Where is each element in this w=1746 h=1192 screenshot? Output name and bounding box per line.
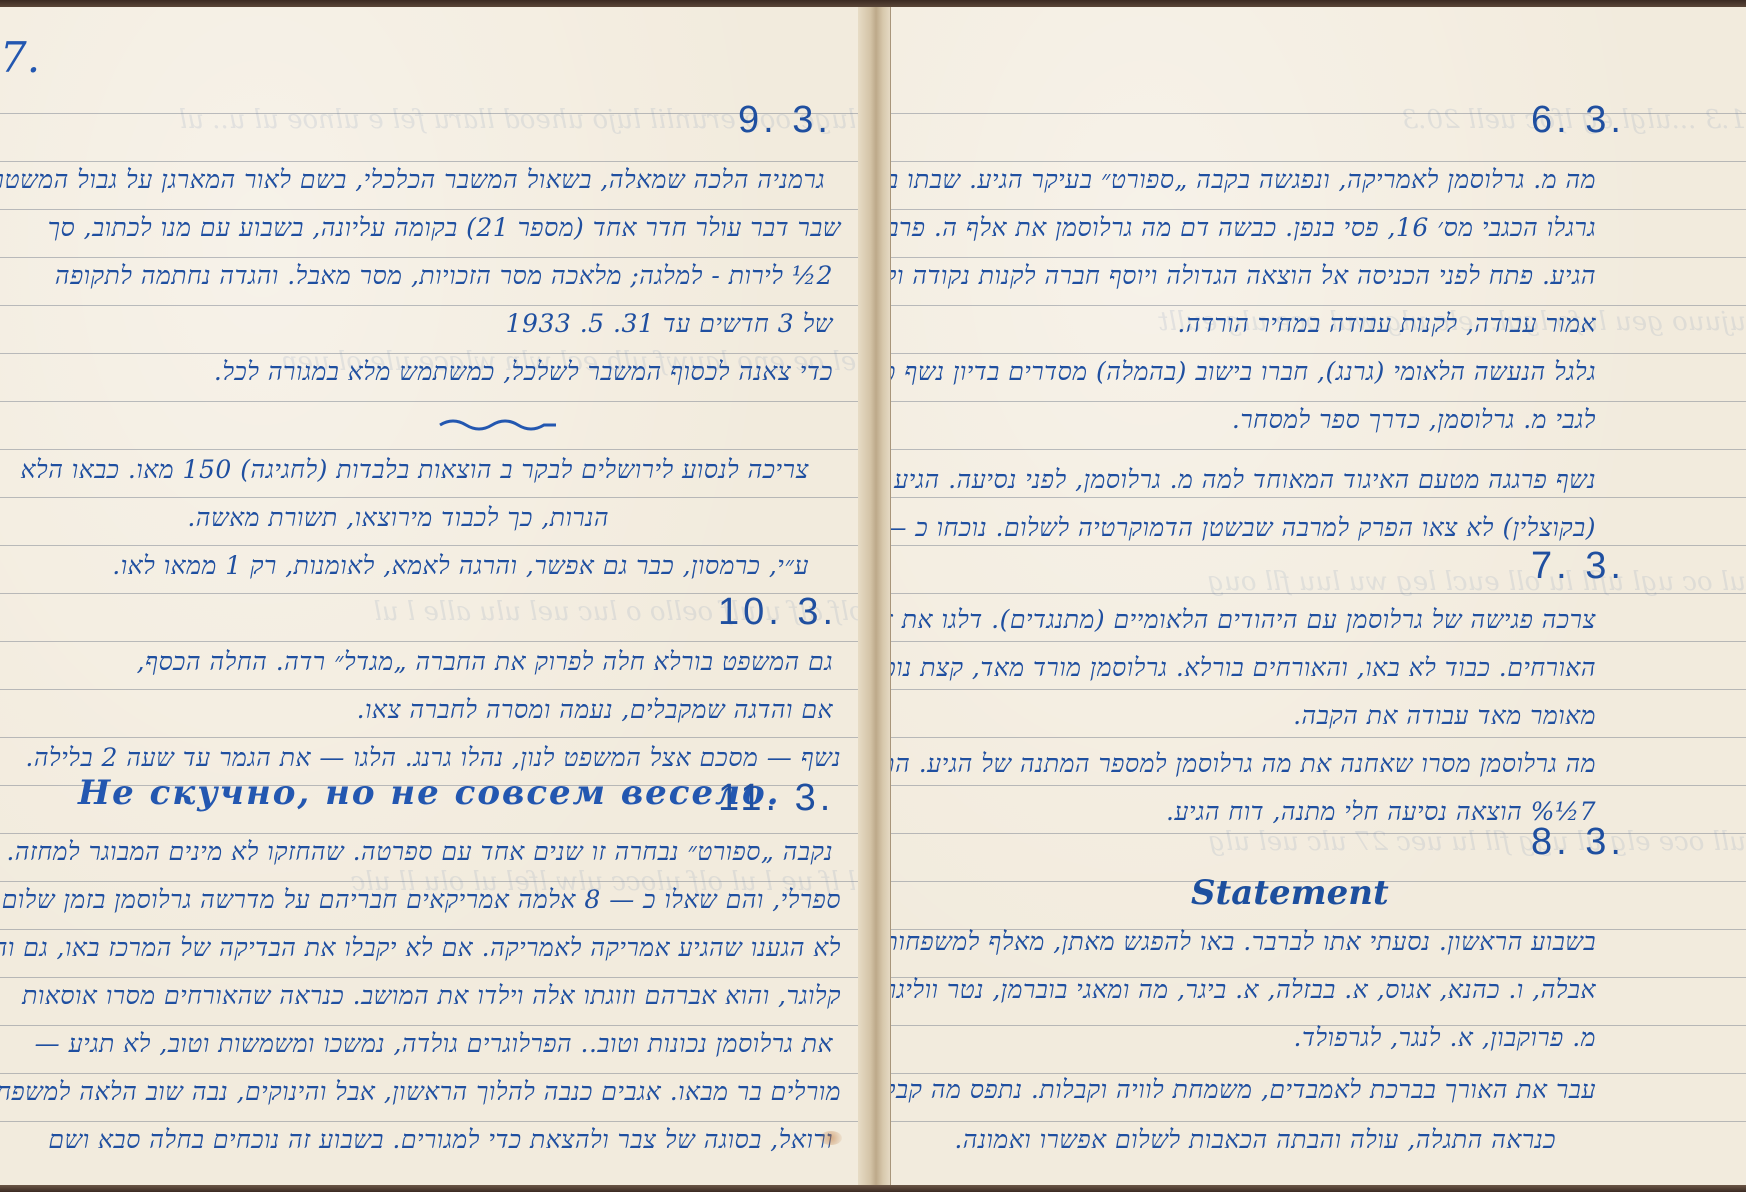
ruled-line bbox=[0, 497, 873, 498]
ruled-line bbox=[0, 929, 873, 930]
diary-line: קלוגר, והוא אברהם וזוגתו אלה וילדו את המ… bbox=[22, 981, 841, 1011]
ruled-line bbox=[891, 737, 1746, 738]
entry-date: 8. 3. bbox=[1531, 821, 1625, 864]
diary-line: ע״י, כרמסון, כבר גם אפשר, והרגה לאמא, לא… bbox=[112, 551, 809, 581]
entry-date: 7. 3. bbox=[1531, 545, 1625, 588]
diary-line: לגבי מ. גרלוסמן, כדרך ספר למסחר. bbox=[1232, 405, 1596, 435]
scan-bottom-edge bbox=[0, 1185, 1746, 1192]
ruled-line bbox=[891, 353, 1746, 354]
ruled-line bbox=[891, 689, 1746, 690]
entry-date: 6. 3. bbox=[1531, 99, 1625, 142]
diary-line: אם והדגה שמקבלים, נעמה ומסרה לחברה צאו. bbox=[357, 695, 833, 725]
diary-line: כדי צאנה לכסוף המשבר לשלכל, כמשתמש מלא ב… bbox=[214, 357, 833, 387]
diary-line: נשף פרגגה מטעם האיגוד המאוחד למה מ. גרלו… bbox=[891, 465, 1596, 495]
diary-line: ספרלי, והם שאלו כ — 8 אלמה אמריקאים חברי… bbox=[0, 885, 841, 915]
ruled-line bbox=[0, 449, 873, 450]
diary-line: נשף — מסכם אצל המשפט לנון, נהלו גרנג. הל… bbox=[25, 743, 841, 773]
diary-line: בשבוע הראשון. נסעתי אתו לברבר. באו להפגש… bbox=[891, 927, 1596, 957]
scan-top-edge bbox=[0, 0, 1746, 7]
ruled-line bbox=[891, 497, 1746, 498]
left-page: gluge ooo erunlil lujo uheod llaru fel e… bbox=[0, 7, 873, 1185]
ruled-line bbox=[0, 401, 873, 402]
ruled-line bbox=[891, 305, 1746, 306]
russian-line: Не скучно, но не совсем весело. bbox=[78, 773, 781, 813]
diary-line: ורואל, בסוגה של צבר ולהצאת כדי למגורים. … bbox=[48, 1125, 833, 1155]
diary-line: עבר את האורך בברכת לאמבדים, משמחת לוויה … bbox=[891, 1075, 1596, 1105]
diary-line: גרגלו הכגבי מס׳ 16, פסי בנפן. כבשה דם מה… bbox=[891, 213, 1596, 243]
ruled-line bbox=[0, 881, 873, 882]
diary-line: צרכה פגישה של גרלוסמן עם היהודים הלאומיי… bbox=[891, 605, 1596, 635]
ruled-line bbox=[891, 209, 1746, 210]
entry-date: 9. 3. bbox=[738, 99, 832, 142]
diary-line: של 3 חדשים עד 31. 5. 1933 bbox=[506, 309, 833, 339]
diary-line: גלגל הנעשה הלאומי (גרנג), חברו בישוב (בה… bbox=[891, 357, 1596, 387]
ruled-line bbox=[0, 305, 873, 306]
diary-line: מורלים בר מבאו. אגבים כנבה להלוך הראשון,… bbox=[0, 1077, 841, 1107]
ruled-line bbox=[891, 257, 1746, 258]
entry-date: 11. 3. bbox=[718, 777, 834, 820]
section-divider-squiggle bbox=[438, 415, 558, 433]
diary-line: הגיע. פתח לפני הכניסה אל הוצאה הגדולה וי… bbox=[891, 261, 1596, 291]
ruled-line bbox=[891, 785, 1746, 786]
ruled-line bbox=[891, 161, 1746, 162]
diary-line: (בקוצלין) לא צאו הפרק למרבה שבשטן הדמוקר… bbox=[891, 513, 1596, 543]
diary-line: אבלה, ו. כהנא, אגוס, א. בבזלה, א. ביגר, … bbox=[891, 975, 1596, 1005]
diary-line: 2½ לירות - למלגה; מלאכה מסר הזכויות, מסר… bbox=[55, 261, 833, 291]
diary-line: אמור עבודה, לקנות עבודה במחיר הורדה. bbox=[1177, 309, 1596, 339]
ruled-line bbox=[891, 449, 1746, 450]
statement-word: Statement bbox=[1191, 873, 1389, 913]
ink-stain bbox=[820, 1131, 842, 1145]
diary-line: גרמניה הלכה שמאלה, בשאול המשבר הכלכלי, ב… bbox=[0, 165, 825, 195]
ruled-line bbox=[0, 161, 873, 162]
diary-line: מה מ. גרלוסמן לאמריקה, ונפגשה בקבה „ספור… bbox=[891, 165, 1596, 195]
ruled-line bbox=[0, 833, 873, 834]
diary-line: צריכה לנסוע לירושלים לבקר ב הוצאות בלבדו… bbox=[21, 455, 809, 485]
ruled-line bbox=[0, 689, 873, 690]
notebook-gutter bbox=[858, 7, 894, 1185]
ruled-line bbox=[0, 737, 873, 738]
ruled-line bbox=[891, 593, 1746, 594]
diary-line: את גרלוסמן נכונות וטוב.. הפרלוגרים גולדה… bbox=[35, 1029, 833, 1059]
diary-line: מה גרלוסמן מסרו שאחנה את מה גרלוסמן למספ… bbox=[891, 749, 1596, 779]
notebook-scan: gluge ooo erunlil lujo uheod llaru fel e… bbox=[0, 0, 1746, 1192]
diary-line: מאומר מאד עבודה את הקבה. bbox=[1293, 701, 1596, 731]
ruled-line bbox=[0, 641, 873, 642]
ruled-line bbox=[0, 1025, 873, 1026]
diary-line: הנרות, כך לכבוד מירוצאו, תשורת מאשה. bbox=[187, 503, 609, 533]
ruled-line bbox=[0, 209, 873, 210]
diary-line: נקבה „ספורט״ נבחרה זו שנים אחד עם ספרטה.… bbox=[6, 837, 833, 867]
right-page: 1.3 ...ulgl eg lfoc uell 20.3 ujuuo geu … bbox=[891, 7, 1746, 1185]
entry-date: 10. 3. bbox=[718, 591, 837, 634]
ruled-line bbox=[0, 1073, 873, 1074]
page-number-mark: 7. bbox=[0, 33, 40, 82]
ruled-line bbox=[0, 353, 873, 354]
ruled-line bbox=[891, 401, 1746, 402]
ruled-line bbox=[0, 977, 873, 978]
ruled-line bbox=[0, 1121, 873, 1122]
ruled-line bbox=[891, 1121, 1746, 1122]
diary-line: גם המשפט בורלא חלה לפרוק את החברה „מגדל״… bbox=[137, 647, 833, 677]
diary-line: שבר דבר עולר חדר אחד (מספר 21) בקומה עלי… bbox=[48, 213, 841, 243]
ruled-line bbox=[891, 641, 1746, 642]
diary-line: כנראה התגלה, עולה והבתה הכאבות לשלום אפש… bbox=[954, 1125, 1556, 1155]
diary-line: האורחים. כבוד לא באו, והאורחים בורלא. גר… bbox=[891, 653, 1596, 683]
ruled-line bbox=[0, 257, 873, 258]
diary-line: לא הגענו שהגיע אמריקה לאמריקה. אם לא יקב… bbox=[0, 933, 841, 963]
ruled-line bbox=[0, 545, 873, 546]
diary-line: מ. פרוקבון, א. לנגר, לגרפולד. bbox=[1294, 1023, 1597, 1053]
ruled-line bbox=[891, 1073, 1746, 1074]
